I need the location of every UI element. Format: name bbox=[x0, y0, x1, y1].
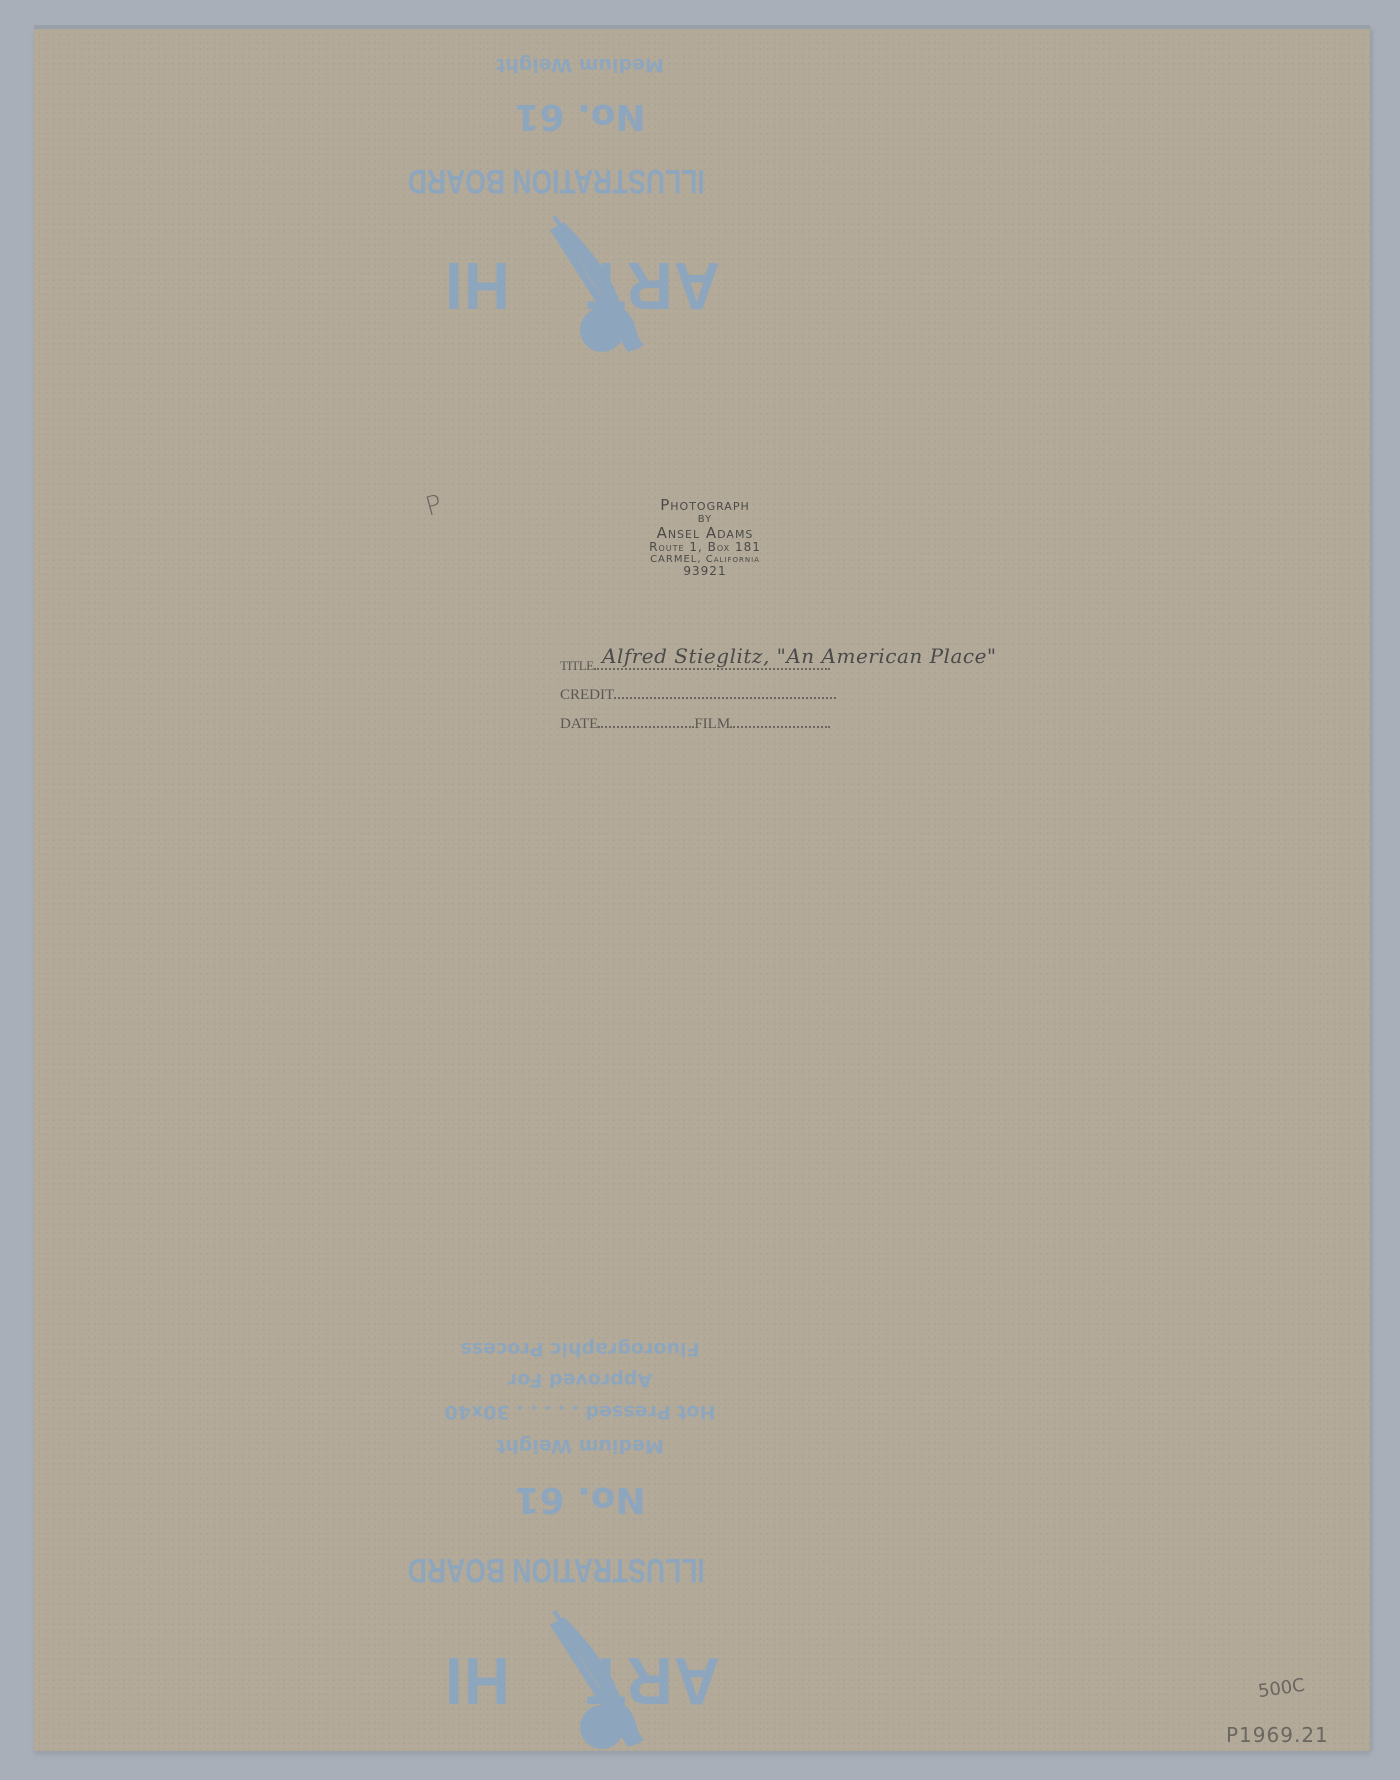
title-handwritten-value: Alfred Stieglitz, "An American Place" bbox=[602, 644, 997, 668]
date-film-row: DATEFILM bbox=[560, 714, 1120, 743]
brand-art: ART bbox=[585, 1647, 720, 1714]
credit-row: CREDIT bbox=[560, 685, 1120, 714]
title-label: TITLE bbox=[560, 658, 594, 674]
board-weight: Medium Weight bbox=[420, 1433, 740, 1457]
stamp-name: Ansel Adams bbox=[590, 525, 820, 542]
stamp-zip: 93921 bbox=[590, 565, 820, 578]
stamp-photograph: Photograph bbox=[590, 497, 820, 514]
brand-hi: HI bbox=[444, 1647, 510, 1714]
photo-info-form: TITLE Alfred Stieglitz, "An American Pla… bbox=[560, 656, 1120, 743]
photographer-stamp: Photograph BY Ansel Adams Route 1, Box 1… bbox=[590, 497, 820, 578]
product-name: ILLUSTRATION BOARD bbox=[455, 164, 705, 198]
board-process: Fluorographic Process bbox=[420, 1336, 740, 1360]
board-label-bottom: HI ART ILLUSTRATION BOARD No. 61 Medium … bbox=[420, 1319, 740, 1749]
date-label: DATE bbox=[560, 716, 598, 733]
board-number: No. 61 bbox=[420, 1481, 740, 1517]
product-name: ILLUSTRATION BOARD bbox=[455, 1553, 705, 1587]
illustration-board: HI ART ILLUSTRATION BOARD No. 61 Medium … bbox=[34, 29, 1370, 1751]
hiart-logo: HI ART bbox=[420, 1599, 740, 1749]
title-row: TITLE Alfred Stieglitz, "An American Pla… bbox=[560, 656, 1120, 685]
board-approved: Approved For bbox=[420, 1368, 740, 1392]
stamp-by: BY bbox=[590, 514, 820, 525]
pencil-code: 500C bbox=[1257, 1675, 1306, 1702]
board-number: No. 61 bbox=[420, 98, 740, 134]
board-label-top: HI ART ILLUSTRATION BOARD No. 61 Medium … bbox=[420, 28, 740, 358]
brand-art: ART bbox=[585, 252, 720, 319]
film-label: FILM bbox=[694, 716, 730, 733]
hiart-logo: HI ART bbox=[420, 208, 740, 358]
stamp-address: Route 1, Box 181 bbox=[590, 541, 820, 554]
pencil-mark: P bbox=[422, 489, 445, 522]
credit-label: CREDIT bbox=[560, 687, 614, 704]
board-weight: Medium Weight bbox=[420, 52, 740, 76]
brand-hi: HI bbox=[444, 252, 510, 319]
board-finish: Hot Pressed . . . . . 30x40 bbox=[420, 1400, 740, 1424]
accession-number: P1969.21 bbox=[1226, 1723, 1329, 1747]
